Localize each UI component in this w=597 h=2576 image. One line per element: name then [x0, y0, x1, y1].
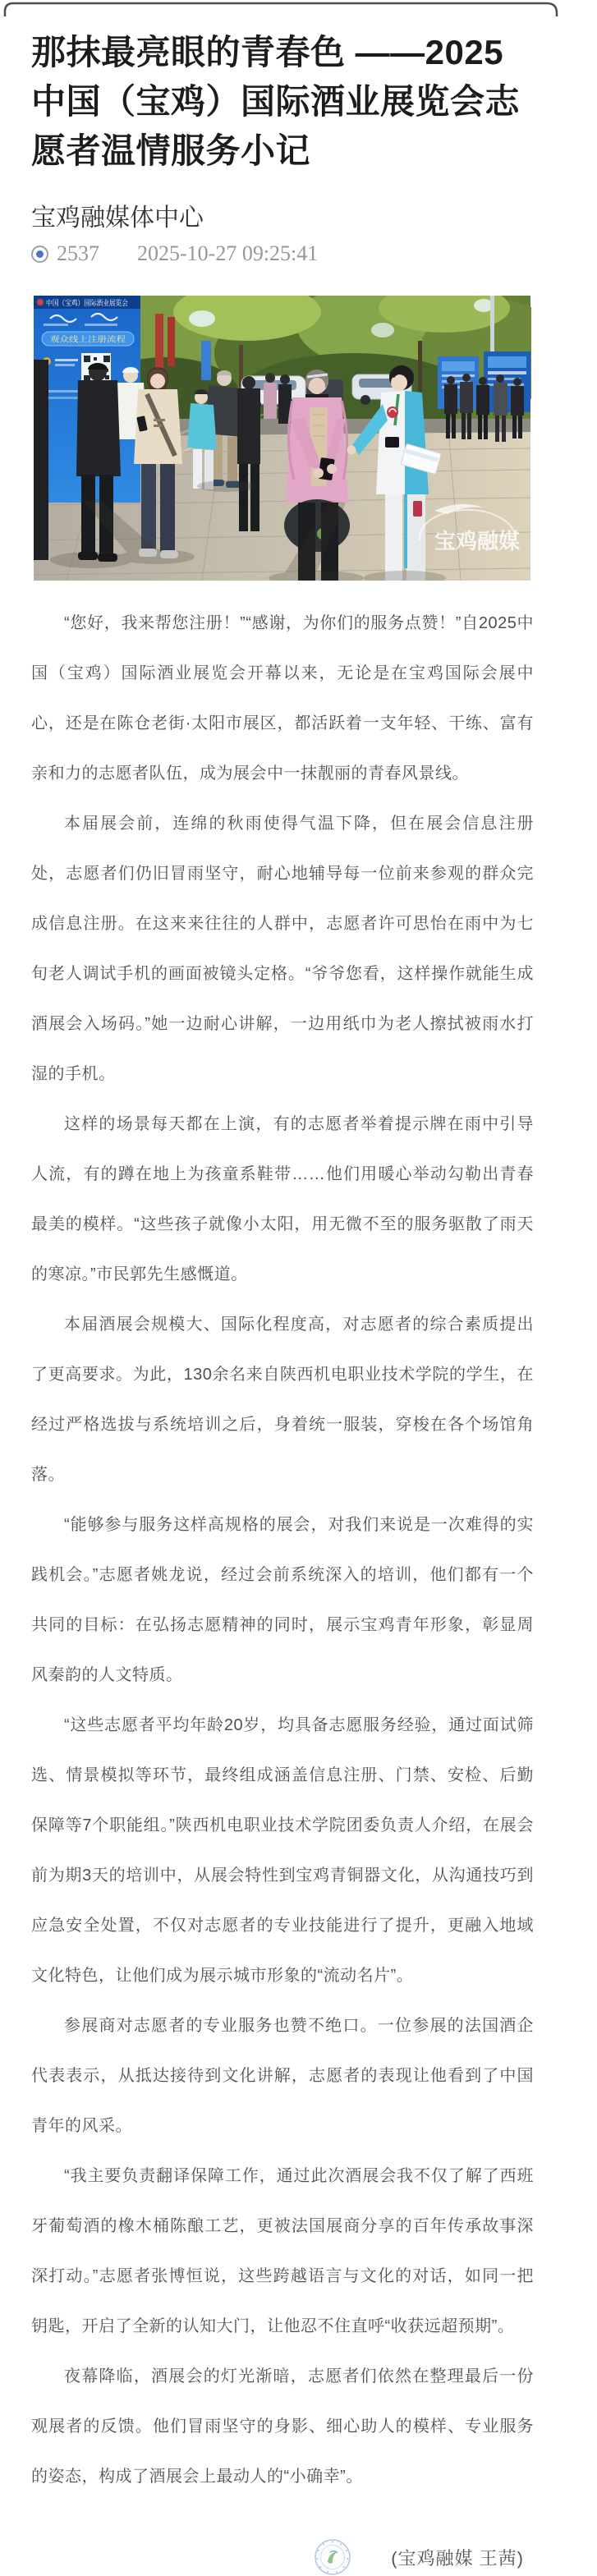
- article-paragraph: 参展商对志愿者的专业服务也赞不绝口。一位参展的法国酒企代表表示，从抵达接待到文化…: [31, 2001, 534, 2151]
- article-title: 那抹最亮眼的青春色 ——2025中国（宝鸡）国际酒业展览会志愿者温情服务小记: [31, 28, 534, 176]
- byline-row: (宝鸡融媒 王茜): [31, 2538, 534, 2576]
- photo-register-bar-label: 观众线上注册流程: [50, 335, 126, 345]
- article-paragraph: 本届酒展会规模大、国际化程度高，对志愿者的综合素质提出了更高要求。为此，130余…: [31, 1300, 534, 1500]
- publish-timestamp: 2025-10-27 09:25:41: [137, 241, 318, 266]
- photo-illustration: 中国（宝鸡）国际酒业展览会 观众线上注册流程: [33, 296, 531, 581]
- article-paragraph: “能够参与服务这样高规格的展会，对我们来说是一次难得的实践机会。”志愿者姚龙说，…: [31, 1500, 534, 1701]
- views-eye-icon: [31, 246, 48, 263]
- window-frame-top-border: [0, 0, 597, 16]
- article-paragraph: 这样的场景每天都在上演，有的志愿者举着提示牌在雨中引导人流，有的蹲在地上为孩童系…: [31, 1100, 534, 1300]
- view-count: 2537: [57, 241, 99, 266]
- media-seal-icon: [314, 2538, 351, 2576]
- article-paragraph: 本届展会前，连绵的秋雨使得气温下降，但在展会信息注册处，志愿者们仍旧冒雨坚守，耐…: [31, 799, 534, 1100]
- article-paragraph: “我主要负责翻译保障工作，通过此次酒展会我不仅了解了西班牙葡萄酒的橡木桶陈酿工艺…: [31, 2151, 534, 2352]
- article-page: 那抹最亮眼的青春色 ——2025中国（宝鸡）国际酒业展览会志愿者温情服务小记 宝…: [0, 0, 597, 2576]
- article-paragraph: “这些志愿者平均年龄20岁，均具备志愿服务经验，通过面试筛选、情景模拟等环节，最…: [31, 1701, 534, 2001]
- article-meta-row: 2537 2025-10-27 09:25:41: [31, 241, 534, 266]
- photo-watermark-text: 宝鸡融媒: [434, 529, 520, 553]
- article-photo[interactable]: 中国（宝鸡）国际酒业展览会 观众线上注册流程: [33, 296, 534, 581]
- article-content: 那抹最亮眼的青春色 ——2025中国（宝鸡）国际酒业展览会志愿者温情服务小记 宝…: [0, 28, 597, 2576]
- article-byline: (宝鸡融媒 王茜): [391, 2545, 524, 2570]
- photo-banner-title: 中国（宝鸡）国际酒业展览会: [46, 298, 128, 307]
- article-body: “您好，我来帮您注册！”“感谢，为你们的服务点赞！”自2025中国（宝鸡）国际酒…: [31, 599, 534, 2502]
- views-eye-icon-dot: [36, 250, 44, 258]
- article-paragraph: 夜幕降临，酒展会的灯光渐暗，志愿者们依然在整理最后一份观展者的反馈。他们冒雨坚守…: [31, 2352, 534, 2502]
- article-source: 宝鸡融媒体中心: [31, 204, 534, 233]
- article-paragraph: “您好，我来帮您注册！”“感谢，为你们的服务点赞！”自2025中国（宝鸡）国际酒…: [31, 599, 534, 799]
